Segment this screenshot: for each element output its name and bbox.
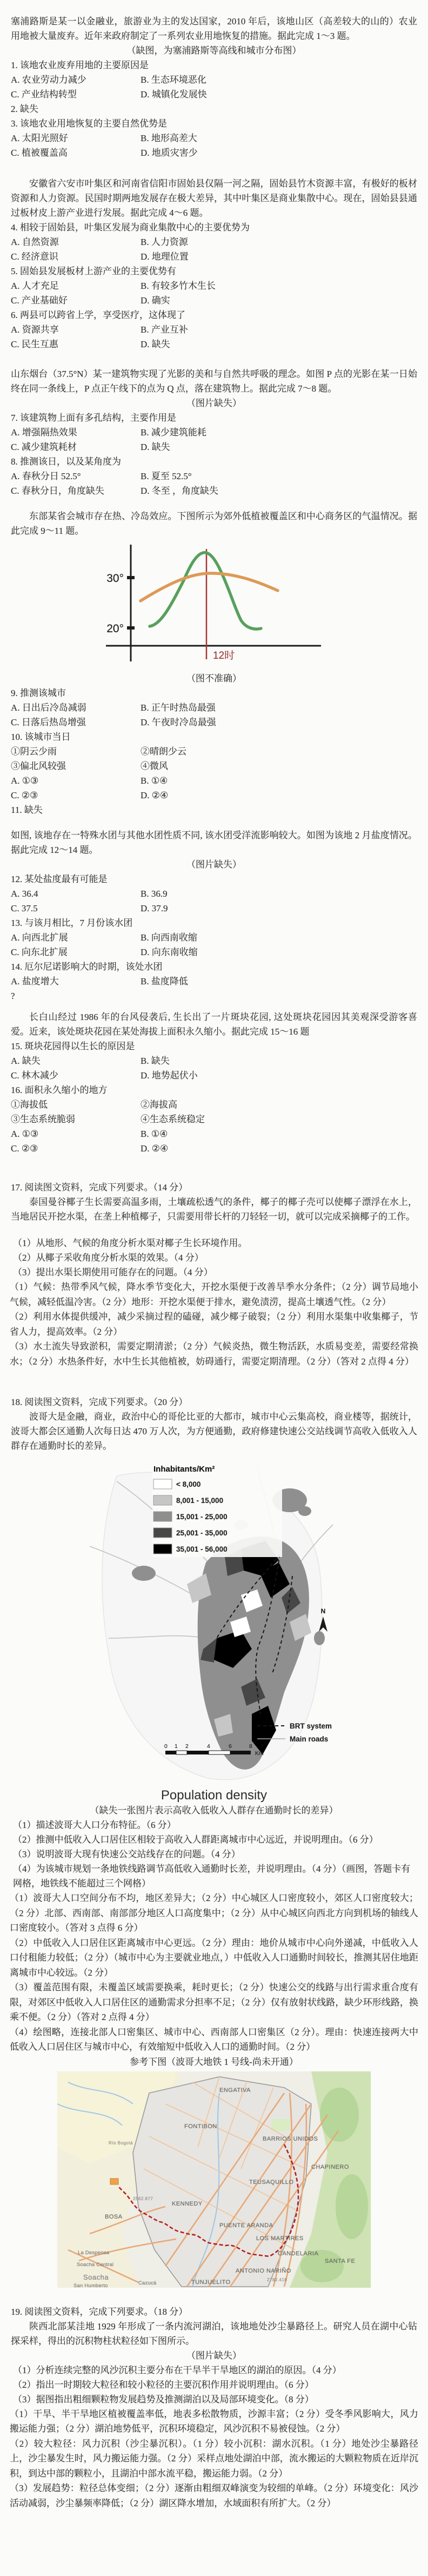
option-row: A. 向西北扩展B. 向西南收缩 [11, 930, 428, 945]
question-line: 7. 该建筑物上面有多孔结构，主要作用是 [11, 410, 428, 425]
paragraph: 塞浦路斯是某一以金融业，旅游业为主的发达国家，2010 年后，该地山区（高差较大… [11, 14, 417, 43]
legend-swatch [153, 1495, 172, 1505]
temperature-chart-svg: 30° 20° 12时 [98, 541, 331, 668]
answer-paragraph: （1）干旱、半干旱地区植被覆盖率低，地表多松散物质，沙源丰富；（2 分）受冬季风… [10, 2407, 418, 2436]
question-line: 3. 该地农业用地恢复的主要自然优势是 [11, 116, 428, 131]
scale-tick: 1 [175, 1743, 178, 1750]
centered-note: （图片缺失） [0, 396, 428, 410]
legend-title: Inhabitants/Km² [153, 1465, 215, 1474]
paragraph: 长白山经过 1986 年的台风侵袭后, 生长出了一片斑块花园, 这处斑块花园因其… [11, 1010, 417, 1039]
option-row: A. 资源共享B. 产业互补 [11, 322, 428, 337]
district-label: ENGATIVA [219, 2087, 251, 2094]
district-label: CANDELARIA [278, 2250, 318, 2257]
option-left: ①海拔低 [11, 1097, 141, 1112]
noon-label: 12时 [213, 650, 235, 661]
option-row: ③生态系统脆弱④生态系统稳定 [11, 1112, 428, 1127]
metro-portal [110, 2178, 118, 2184]
option-right: ②晴朗少云 [141, 744, 186, 759]
option-row: A. ①③B. ①④ [11, 1127, 428, 1141]
question-line: 8. 推测该日，以及某角度为 [11, 454, 428, 469]
question-line: 9. 推测该城市 [11, 686, 428, 700]
sub-question: （3）说明波哥大现有快速公交站线存在的问题。（4 分） [13, 1847, 418, 1862]
centered-note: （缺失一张图片表示高收入低收入人群存在通勤时长的差异） [0, 1803, 428, 1818]
paragraph: 东部某省会城市存在热、冷岛效应。下图所示为郊外低植被覆盖区和中心商务区的气温情况… [11, 509, 417, 538]
option-right: D. 37.9 [141, 901, 168, 916]
option-left: C. 经济意识 [11, 249, 141, 264]
option-left: C. 减少建筑耗材 [11, 440, 141, 454]
option-left: ③偏北风较强 [11, 759, 141, 773]
option-row: C. 日落后热岛增强D. 午夜时冷岛最强 [11, 715, 428, 730]
option-right: D. 向东南收缩 [141, 945, 198, 959]
legend-swatch [153, 1512, 172, 1521]
sub-question: （1）从地形、气候的角度分析水渠对椰子生长环境作用。 [13, 1236, 418, 1250]
answer-paragraph: （1）波哥大人口空间分布不均，地区差异大；（2 分）中心城区人口密度较小，郊区人… [10, 1891, 418, 1936]
option-left: A. 缺失 [11, 1054, 141, 1068]
district-label: SANTA FE [325, 2258, 355, 2264]
population-density-map-figure: Inhabitants/Km² < 8,000 8,001 - 15,000 1… [0, 1460, 428, 1803]
district-label: Soacha Central [77, 2262, 113, 2268]
paragraph: 陕西北部某洼地 1929 年形成了一条内流河湖泊，该地地处沙尘暴路径上。研究人员… [11, 2319, 417, 2348]
question-line: 11. 缺失 [11, 803, 428, 817]
scale-bar [165, 1751, 176, 1754]
legend-swatch [153, 1479, 172, 1489]
option-right: D. ②④ [141, 1141, 168, 1156]
elevation-label: 2782.416 [267, 2277, 287, 2282]
option-left: C. 向东北扩展 [11, 945, 141, 959]
option-left: A. 自然资源 [11, 235, 141, 249]
question-line: 16. 面积永久缩小的地方 [11, 1083, 428, 1097]
district-label: PUENTE ARANDA [219, 2222, 273, 2229]
district-label: BOSA [105, 2214, 123, 2220]
north-label: N [321, 1607, 326, 1615]
option-left: C. ②③ [11, 788, 141, 803]
river-label: Río Bogotá [109, 2141, 133, 2145]
forest-patch [320, 2088, 359, 2142]
question-line: 18. 阅读图文资料，完成下列要求。（20 分） [11, 1395, 428, 1409]
spacer [0, 1369, 428, 1395]
scale-tick: 8 [249, 1743, 252, 1750]
option-left: C. ②③ [11, 1141, 141, 1156]
district-blob [298, 1506, 311, 1516]
option-right: D. 地理位置 [141, 249, 189, 264]
option-left: C. 日落后热岛增强 [11, 715, 141, 730]
question-line: 19. 阅读图文资料，完成下列要求。（18 分） [11, 2305, 428, 2319]
question-line: 17. 阅读图文资料，完成下列要求。（14 分） [11, 1180, 428, 1195]
question-line: 13. 与该月相比，7 月份该水团 [11, 916, 428, 930]
centered-note: （缺图，为塞浦路斯等高线和城市分布图） [0, 43, 428, 58]
exam-document-page: 塞浦路斯是某一以金融业，旅游业为主的发达国家，2010 年后，该地山区（高差较大… [0, 0, 428, 2576]
option-row: A. 太阳光照好B. 地形高差大 [11, 131, 428, 145]
bogota-metro-map: ENGATIVA FONTIBON BARRIOS UNIDOS CHAPINE… [57, 2071, 371, 2288]
district-label: TUNJUELITO [191, 2279, 231, 2286]
elevation-label: 2562.877 [133, 2196, 153, 2201]
sub-question: （2）从椰子采收角度分析水渠的效果。（4 分） [13, 1250, 418, 1265]
paragraph: 如图, 该地存在一特殊水团与其他水团性质不同, 该水团受洋流影响较大。如图为该地… [11, 828, 417, 857]
option-right: B. 正午时热岛最强 [141, 700, 216, 715]
sub-question: （1）描述波哥大人口分布特征。（6 分） [13, 1818, 418, 1832]
option-left: A. 资源共享 [11, 322, 141, 337]
legend-swatch [153, 1544, 172, 1554]
scale-bar [230, 1751, 251, 1754]
spacer [0, 2290, 428, 2305]
district-label: San Humberto [73, 2283, 108, 2288]
option-row: A. 自然资源B. 人力资源 [11, 235, 428, 249]
option-right: ④微风 [141, 759, 168, 773]
centered-note: （图片缺失） [0, 2348, 428, 2363]
spacer [0, 1156, 428, 1180]
question-line: 6. 两县可以跨省上学，享受医疗，这体现了 [11, 308, 428, 322]
option-left: C. 林木减少 [11, 1068, 141, 1083]
option-right: D. 缺失 [141, 440, 170, 454]
option-row: C. ②③D. ②④ [11, 788, 428, 803]
legend-label: < 8,000 [176, 1480, 200, 1488]
suburb-temp-curve [150, 553, 261, 629]
centered-note: （图不准确） [0, 671, 428, 686]
option-row: C. 向东北扩展D. 向东南收缩 [11, 945, 428, 959]
answer-paragraph: （2）中低收入人口居住区距离城市中心更远。（2 分）理由：地价从城市中心向外递减… [10, 1936, 418, 1981]
district-label: KENNEDY [172, 2201, 203, 2207]
option-row: C. 减少建筑耗材D. 缺失 [11, 440, 428, 454]
option-right: B. 人力资源 [141, 235, 188, 249]
option-right: B. 生态环境恶化 [141, 72, 206, 87]
sub-question: （3）提出水渠长期使用可能存在的问题。（4 分） [13, 1265, 418, 1280]
option-row: C. 民生互惠D. 缺失 [11, 337, 428, 352]
option-row: A. 人才充足B. 有较多竹木生长 [11, 279, 428, 293]
sub-question: （1）分析连续完整的风沙沉积主要分布在干旱半干旱地区的湖泊的原因。（4 分） [13, 2363, 418, 2378]
option-row: C. 产业基础好D. 确实 [11, 293, 428, 308]
scale-tick: 6 [229, 1743, 232, 1750]
option-row: A. 农业劳动力减少B. 生态环境恶化 [11, 72, 428, 87]
scale-tick: 4 [207, 1743, 210, 1750]
option-left: A. 向西北扩展 [11, 930, 141, 945]
legend-swatch [153, 1528, 172, 1538]
option-left: A. 农业劳动力减少 [11, 72, 141, 87]
option-left: C. 产业基础好 [11, 293, 141, 308]
question-line: 15. 斑块花园得以生长的原因是 [11, 1039, 428, 1054]
question-line: 14. 厄尔尼诺影响大的时期，该处水团 [11, 959, 428, 974]
option-row: A. 36.4B. 36.9 [11, 886, 428, 901]
district-blob [314, 1631, 325, 1645]
spacer [0, 1224, 428, 1236]
option-left: C. 民生互惠 [11, 337, 141, 352]
option-left: C. 春秋分日，角度缺失 [11, 484, 141, 498]
option-right: B. ①④ [141, 1127, 168, 1141]
district-label: Cazucá [138, 2280, 157, 2286]
option-row: C. 植被覆盖高D. 地质灾害少 [11, 145, 428, 160]
question-line: 5. 固始县发展板材上游产业的主要优势有 [11, 264, 428, 279]
option-right: D. 冬至 ，角度缺失 [141, 484, 218, 498]
option-right: D. 确实 [141, 293, 170, 308]
option-left: C. 产业结构转型 [11, 87, 141, 102]
cbd-temp-curve [141, 573, 278, 601]
sub-question: （4）为该城市规划一条地铁线路调节高低收入通勤时长差，并说明理由。（4 分）（画… [13, 1862, 418, 1891]
legend-backdrop [152, 1462, 282, 1557]
option-left: C. 植被覆盖高 [11, 145, 141, 160]
option-left: A. 人才充足 [11, 279, 141, 293]
option-row: A. 缺失B. 缺失 [11, 1054, 428, 1068]
forest-patch [336, 2174, 368, 2239]
bogota-metro-map-figure: ENGATIVA FONTIBON BARRIOS UNIDOS CHAPINE… [0, 2071, 428, 2290]
question-line: 2. 缺失 [11, 102, 428, 116]
option-left: A. ①③ [11, 1127, 141, 1141]
option-left: A. 盐度增大 [11, 974, 141, 989]
option-left: A. 36.4 [11, 886, 141, 901]
option-right: D. 地质灾害少 [141, 145, 198, 160]
option-right: D. 缺失 [141, 337, 170, 352]
option-row: A. 日出后冷岛减弱B. 正午时热岛最强 [11, 700, 428, 715]
option-left: A. 增强隔热效果 [11, 425, 141, 440]
option-right: D. ②④ [141, 788, 168, 803]
option-row: ③偏北风较强④微风 [11, 759, 428, 773]
option-row: A. 增强隔热效果B. 减少建筑能耗 [11, 425, 428, 440]
answer-paragraph: （3）水土流失导致淤积，需要定期清淤；（2 分）气候炎热，微生物活跃，水质易变差… [10, 1339, 418, 1369]
scale-tick: 2 [185, 1743, 189, 1750]
paragraph: 安徽省六安市叶集区和河南省信阳市固始县仅隔一河之隔，固始县竹木资源丰富，有极好的… [11, 176, 417, 220]
district-label: CHAPINERO [311, 2164, 349, 2170]
option-row: C. 37.5D. 37.9 [11, 901, 428, 916]
option-right: B. 缺失 [141, 1054, 170, 1068]
population-density-map: Inhabitants/Km² < 8,000 8,001 - 15,000 1… [79, 1460, 349, 1784]
option-row: A. ①③B. ①④ [11, 773, 428, 788]
option-row: C. 林木减少D. 地势起伏小 [11, 1068, 428, 1083]
legend-label: 35,001 - 56,000 [176, 1545, 228, 1553]
answer-paragraph: （2）较大粒径：风力沉积（沙尘暴沉积）。（1 分）较小沉积：湖水沉积。（1 分）… [10, 2436, 418, 2481]
option-left: ③生态系统脆弱 [11, 1112, 141, 1127]
option-left: A. 日出后冷岛减弱 [11, 700, 141, 715]
option-left: A. ①③ [11, 773, 141, 788]
option-left: A. 太阳光照好 [11, 131, 141, 145]
ytick-30-label: 30° [106, 572, 124, 585]
option-right: B. ①④ [141, 773, 168, 788]
scale-bar [187, 1751, 209, 1754]
option-row: A. 盐度增大B. 盐度降低 [11, 974, 428, 989]
district-label: TEUSAQUILLO [249, 2179, 294, 2186]
brt-legend-label: BRT system [290, 1722, 332, 1730]
option-right: D. 地势起伏小 [141, 1068, 198, 1083]
option-right: B. 地形高差大 [141, 131, 197, 145]
scale-bar [176, 1751, 187, 1754]
temperature-day-curve-chart: 30° 20° 12时 [98, 541, 428, 671]
option-left: A. 春秋分日 52.5° [11, 469, 141, 484]
option-right: B. 有较多竹木生长 [141, 279, 216, 293]
roads-legend-label: Main roads [290, 1735, 328, 1743]
question-line: 12. 某处盐度最有可能是 [11, 872, 428, 886]
option-row: C. 经济意识D. 地理位置 [11, 249, 428, 264]
option-right: ④生态系统稳定 [141, 1112, 205, 1127]
district-label: La Despensa [78, 2250, 110, 2256]
spacer [0, 498, 428, 509]
scale-unit: Km [255, 1750, 264, 1757]
option-right: B. 向西南收缩 [141, 930, 197, 945]
option-row: ①阴云少雨②晴朗少云 [11, 744, 428, 759]
centered-note: 参考下图（波哥大地铁 1 号线-尚未开通） [0, 2055, 428, 2069]
question-line: ? [11, 989, 428, 1003]
option-left: C. 37.5 [11, 901, 141, 916]
question-line: 1. 该地农业废弃用地的主要原因是 [11, 58, 428, 72]
option-right: D. 午夜时冷岛最强 [141, 715, 216, 730]
answer-paragraph: （3）发展趋势：粒径总体变细；（2 分）逐渐由粗细双峰演变为较细的单峰。（2 分… [10, 2481, 418, 2511]
centered-note: （图片缺失） [0, 857, 428, 872]
district-label: LOS MARTIRES [256, 2235, 304, 2242]
spacer [0, 160, 428, 176]
scale-tick: 0 [164, 1743, 168, 1750]
district-label: ANTONIO NARIÑO [236, 2267, 291, 2274]
option-row: ①海拔低②海拔高 [11, 1097, 428, 1112]
spacer [0, 817, 428, 828]
district-label: Soacha [83, 2273, 109, 2281]
paragraph: 山东烟台（37.5°N）某一建筑物实现了光影的美和与自然共呼吸的理念。如图 P … [11, 367, 417, 396]
spacer [0, 352, 428, 367]
legend-label: 8,001 - 15,000 [176, 1496, 223, 1505]
question-line: 10. 该城市当日 [11, 730, 428, 744]
option-row: C. 产业结构转型D. 城镇化发展快 [11, 87, 428, 102]
sub-question: （2）指出一时期较大粒径和较小粒径的主要沉积作用并说明理由。（6 分） [13, 2378, 418, 2392]
option-right: ②海拔高 [141, 1097, 177, 1112]
answer-paragraph: （1）气候：热带季风气候，降水季节变化大，开挖水渠便于改善旱季水分条件；（2 分… [10, 1280, 418, 1309]
option-row: C. 春秋分日，角度缺失D. 冬至 ，角度缺失 [11, 484, 428, 498]
legend-label: 15,001 - 25,000 [176, 1513, 228, 1521]
paragraph: 泰国曼谷椰子生长需要高温多雨，土壤疏松透气的条件，椰子的椰子壳可以使椰子漂浮在水… [11, 1195, 417, 1224]
option-right: B. 减少建筑能耗 [141, 425, 206, 440]
option-right: B. 36.9 [141, 886, 168, 901]
option-right: B. 产业互补 [141, 322, 188, 337]
answer-paragraph: （2）利用水体提供缓冲，减少采摘过程的磕碰，减少椰子破裂；（2 分）利用水渠集中… [10, 1309, 418, 1339]
option-right: B. 盐度降低 [141, 974, 188, 989]
option-left: ①阴云少雨 [11, 744, 141, 759]
answer-paragraph: （4）绘图略，连接北部人口密集区、城市中心、西南部人口密集区（2 分）。理由：快… [10, 2025, 418, 2055]
park-patch [271, 2119, 290, 2131]
question-line: 4. 相较于固始县，叶集区发展为商业集散中心的主要优势为 [11, 220, 428, 235]
ytick-20-label: 20° [106, 623, 124, 635]
option-right: D. 城镇化发展快 [141, 87, 207, 102]
option-row: C. ②③D. ②④ [11, 1141, 428, 1156]
scale-bar [209, 1751, 230, 1754]
district-label: FONTIBON [184, 2123, 217, 2130]
paragraph: 波哥大是金融，商业，政治中心的哥伦比亚的大都市，城市中心云集高校，商业楼等，据统… [11, 1409, 417, 1453]
answer-paragraph: （3）覆盖范围有限，未覆盖区域需要换乘，耗时更长；（2 分）快速公交的线路与出行… [10, 1980, 418, 2025]
district-label: BARRIOS UNIDOS [263, 2136, 318, 2142]
option-row: A. 春秋分日 52.5°B. 夏至 52.5° [11, 469, 428, 484]
sub-question: （2）推测中低收入人口居住区相较于高收入人群距离城市中心远近，并说明理由。（6 … [13, 1832, 418, 1847]
map-caption: Population density [0, 1788, 428, 1803]
legend-label: 25,001 - 35,000 [176, 1529, 228, 1537]
district-blob [132, 1566, 156, 1581]
spacer [0, 1003, 428, 1010]
sub-question: （3）据图指出粗细颗粒物发展趋势及推测湖泊以及局部环境变化。（8 分） [13, 2392, 418, 2407]
option-right: B. 夏至 52.5° [141, 469, 192, 484]
